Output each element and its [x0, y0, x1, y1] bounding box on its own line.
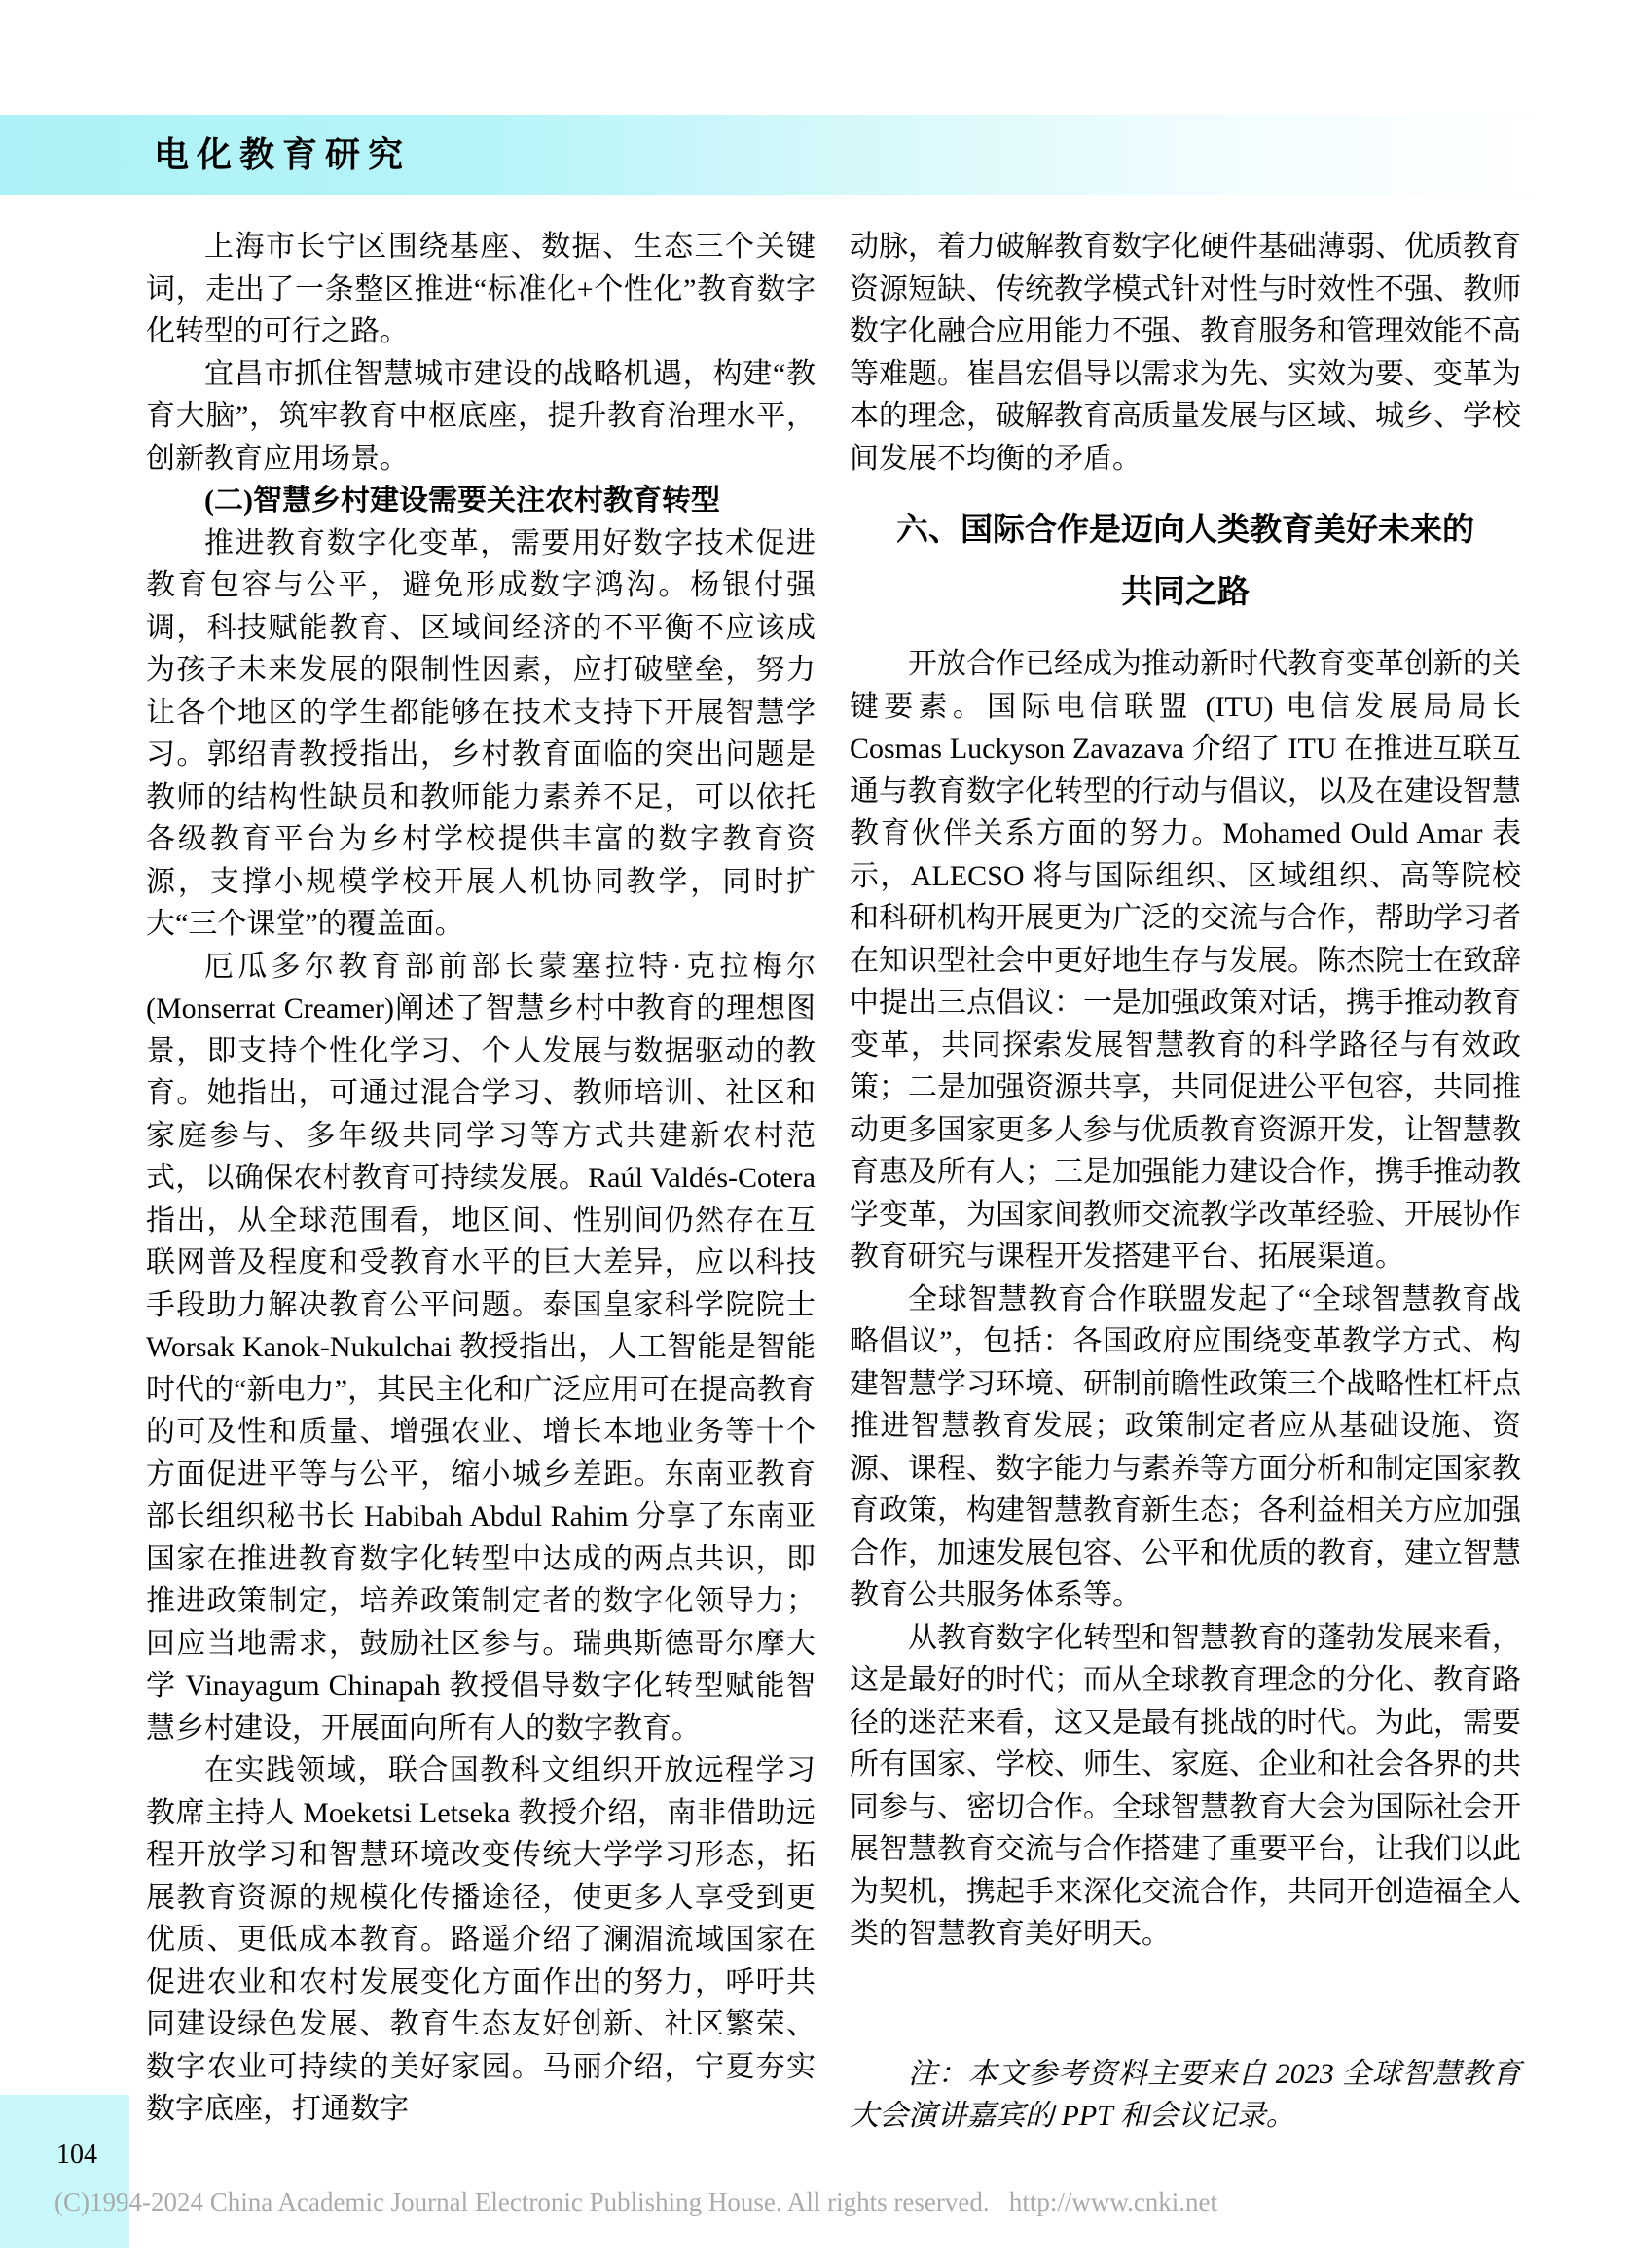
section-heading-line2: 共同之路 — [850, 561, 1521, 624]
paragraph: 上海市长宁区围绕基座、数据、生态三个关键词，走出了一条整区推进“标准化+个性化”… — [146, 226, 816, 353]
journal-title: 电化教育研究 — [154, 115, 411, 195]
paragraph: 全球智慧教育合作联盟发起了“全球智慧教育战略倡议”，包括：各国政府应围绕变革教学… — [850, 1278, 1521, 1617]
right-column: 动脉，着力破解教育数字化硬件基础薄弱、优质教育资源短缺、传统教学模式针对性与时效… — [850, 226, 1521, 2138]
left-column: 上海市长宁区围绕基座、数据、生态三个关键词，走出了一条整区推进“标准化+个性化”… — [146, 226, 816, 2131]
journal-page: 电化教育研究 上海市长宁区围绕基座、数据、生态三个关键词，走出了一条整区推进“标… — [0, 0, 1632, 2268]
paragraph: 推进教育数字化变革，需要用好数字技术促进教育包容与公平，避免形成数字鸿沟。杨银付… — [146, 522, 816, 946]
subsection-heading: (二)智慧乡村建设需要关注农村教育转型 — [146, 480, 816, 522]
copyright-line: (C)1994-2024 China Academic Journal Elec… — [54, 2185, 1217, 2218]
page-number: 104 — [56, 2139, 97, 2172]
paragraph-continuation: 动脉，着力破解教育数字化硬件基础薄弱、优质教育资源短缺、传统教学模式针对性与时效… — [850, 226, 1521, 480]
section-heading: 六、国际合作是迈向人类教育美好未来的 共同之路 — [850, 499, 1521, 624]
reference-note-text: 注：本文参考资料主要来自 2023 全球智慧教育大会演讲嘉宾的 PPT 和会议记… — [850, 2053, 1521, 2138]
journal-header-band: 电化教育研究 — [0, 115, 1632, 195]
paragraph: 在实践领域，联合国教科文组织开放远程学习教席主持人 Moeketsi Letse… — [146, 1749, 816, 2131]
paragraph: 宜昌市抓住智慧城市建设的战略机遇，构建“教育大脑”，筑牢教育中枢底座，提升教育治… — [146, 353, 816, 481]
reference-note: 注：本文参考资料主要来自 2023 全球智慧教育大会演讲嘉宾的 PPT 和会议记… — [850, 2053, 1521, 2138]
paragraph: 开放合作已经成为推动新时代教育变革创新的关键要素。国际电信联盟 (ITU) 电信… — [850, 643, 1521, 1278]
paragraph: 从教育数字化转型和智慧教育的蓬勃发展来看，这是最好的时代；而从全球教育理念的分化… — [850, 1617, 1521, 1956]
section-heading-line1: 六、国际合作是迈向人类教育美好未来的 — [850, 499, 1521, 561]
paragraph: 厄瓜多尔教育部前部长蒙塞拉特·克拉梅尔(Monserrat Creamer)阐述… — [146, 946, 816, 1750]
